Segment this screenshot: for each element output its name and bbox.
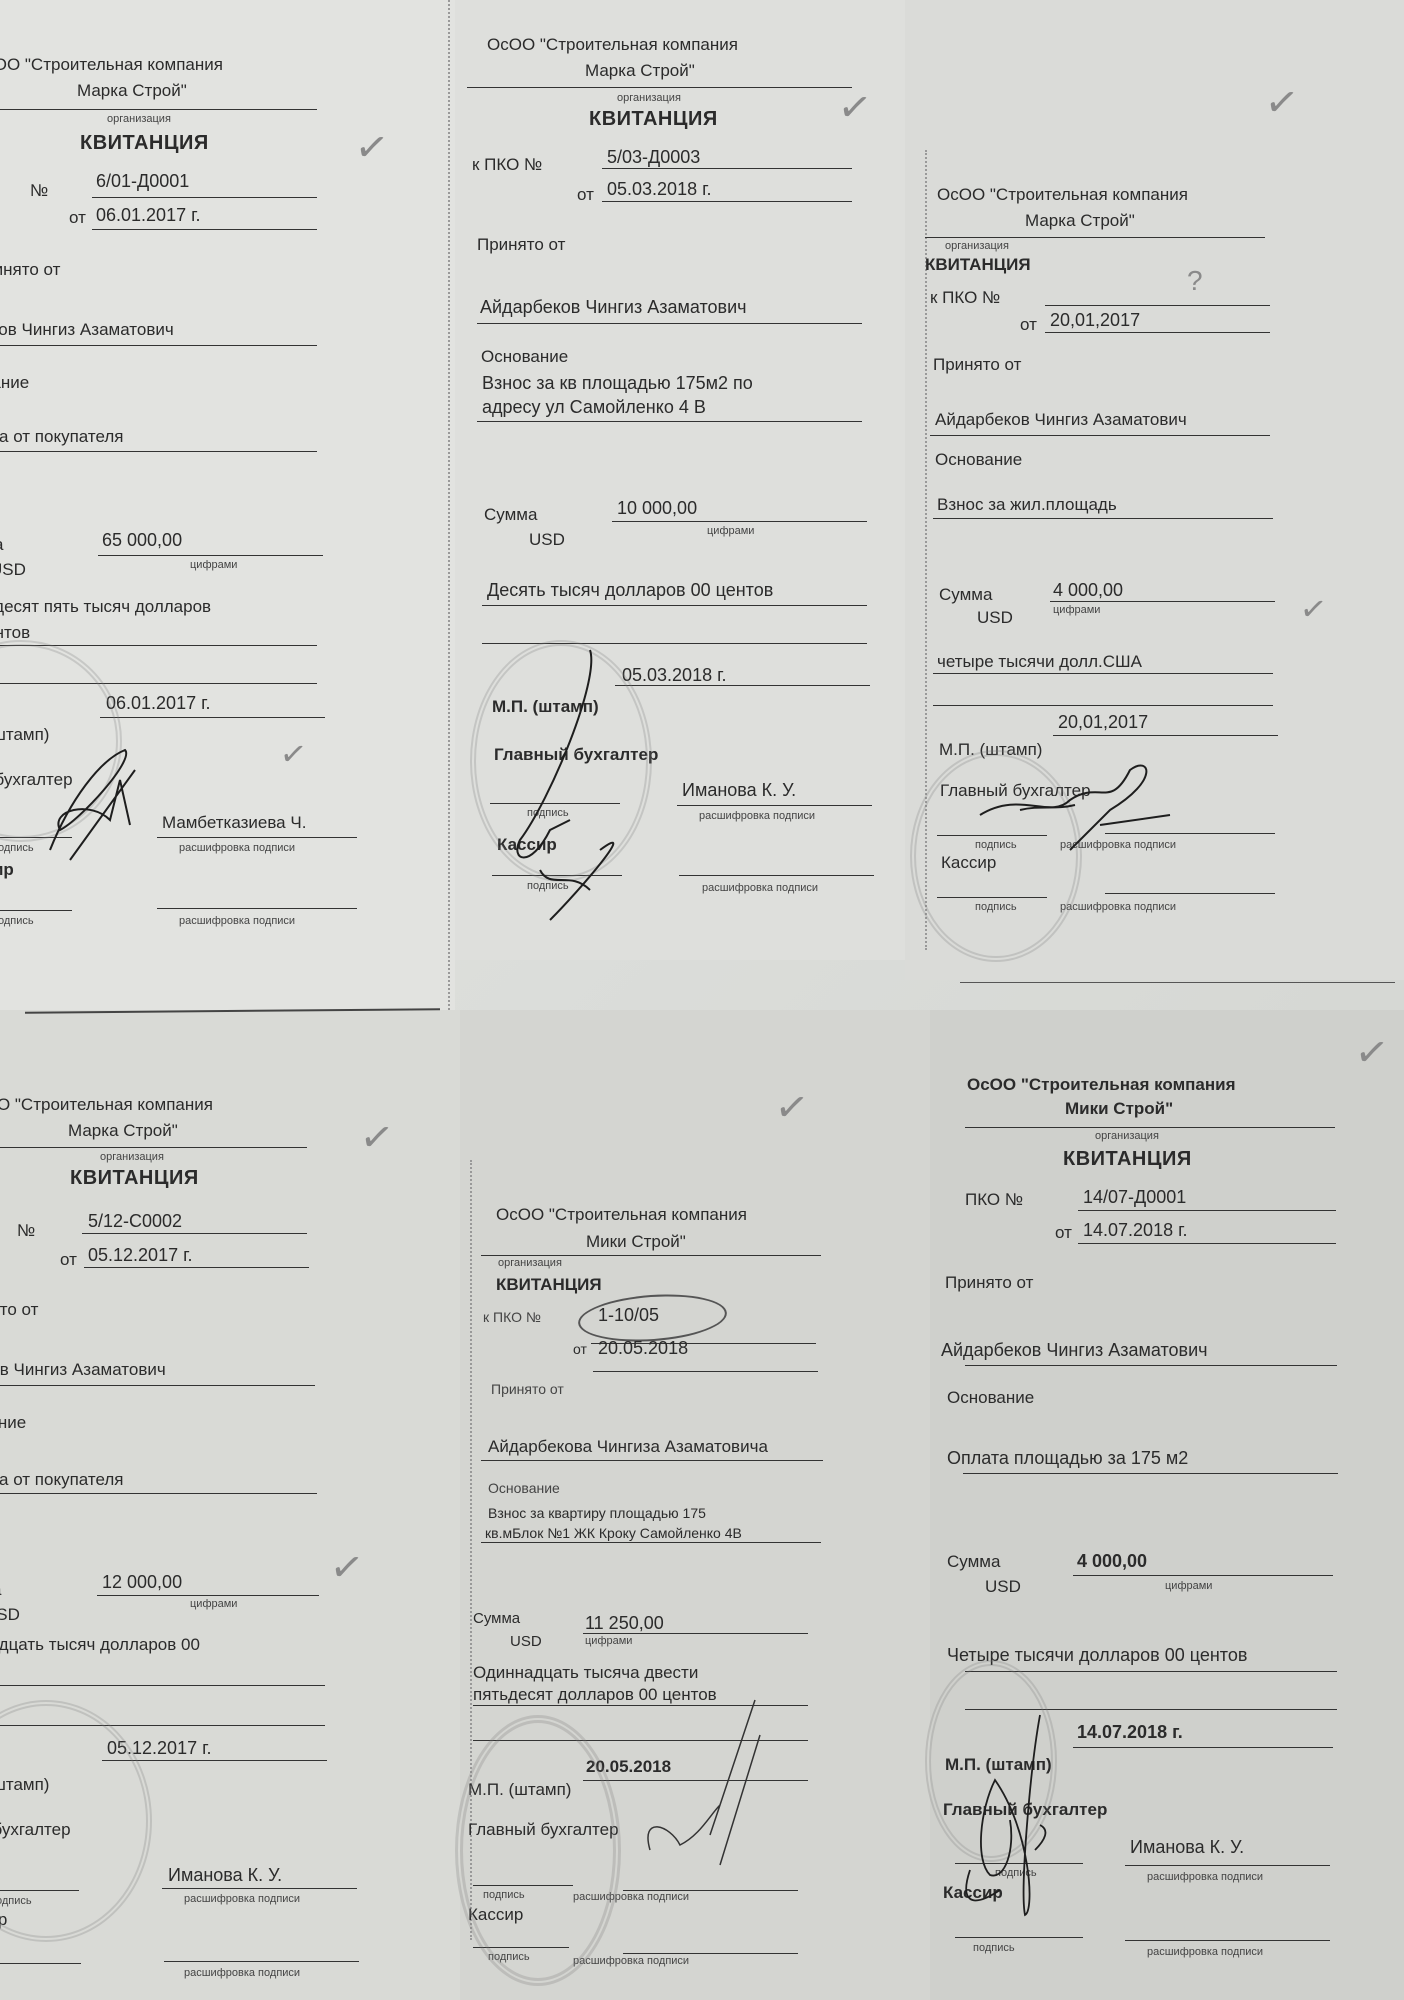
sum-label: Сумма bbox=[484, 505, 537, 525]
digits-caption: цифрами bbox=[190, 1598, 237, 1610]
underline bbox=[98, 555, 323, 556]
amount-digits: 4 000,00 bbox=[1077, 1551, 1147, 1572]
underline bbox=[930, 435, 1270, 436]
digits-caption: цифрами bbox=[1053, 604, 1100, 616]
decoding-caption: расшифровка подписи bbox=[184, 1893, 300, 1905]
org-name-line2: Марка Строй" bbox=[68, 1121, 178, 1141]
chief-accountant-name: Иманова К. У. bbox=[682, 780, 796, 801]
pko-number: 1-10/05 bbox=[598, 1305, 659, 1326]
underline bbox=[623, 1953, 798, 1954]
sign-date: 20,01,2017 bbox=[1058, 712, 1148, 733]
amount-digits: 11 250,00 bbox=[585, 1613, 664, 1634]
underline bbox=[965, 1127, 1335, 1128]
basis-label: Основание bbox=[935, 450, 1022, 470]
org-name-line1: ОсОО "Строительная компания bbox=[0, 55, 223, 75]
amount-words-line1: Двенадцать тысяч долларов 00 bbox=[0, 1635, 200, 1655]
receipt-title: КВИТАНЦИЯ bbox=[589, 108, 718, 131]
pko-number-label: к ПКО № bbox=[472, 155, 542, 175]
basis-label: Основание bbox=[0, 373, 29, 393]
underline bbox=[602, 201, 852, 202]
underline bbox=[593, 1371, 818, 1372]
amount-digits: 10 000,00 bbox=[617, 498, 697, 519]
receipt-title: КВИТАНЦИЯ bbox=[1063, 1148, 1192, 1171]
org-caption: организация bbox=[498, 1257, 562, 1269]
pko-number: 6/01-Д0001 bbox=[96, 171, 189, 192]
underline bbox=[157, 908, 357, 909]
signature-icon bbox=[960, 750, 1190, 860]
underline bbox=[0, 451, 317, 452]
underline bbox=[100, 717, 325, 718]
cashier-label: Кассир bbox=[0, 860, 14, 880]
date-label: от bbox=[1055, 1223, 1072, 1243]
basis-text: Оплата от покупателя bbox=[0, 427, 123, 447]
underline bbox=[1053, 735, 1278, 736]
signature-icon bbox=[490, 640, 650, 930]
amount-digits: 12 000,00 bbox=[102, 1572, 182, 1593]
check-mark-icon: ✓ bbox=[1262, 78, 1302, 128]
org-name-line1: ОсОО "Строительная компания bbox=[937, 185, 1188, 205]
underline bbox=[1078, 1210, 1336, 1211]
org-name-line2: Марка Строй" bbox=[585, 61, 695, 81]
payer-name: Айдарбеков Чингиз Азаматович bbox=[0, 320, 174, 340]
underline bbox=[1050, 601, 1275, 602]
sum-label: Сумма bbox=[939, 585, 992, 605]
underline bbox=[0, 910, 72, 911]
underline bbox=[97, 1595, 319, 1596]
pko-number-label: № bbox=[17, 1221, 35, 1241]
underline bbox=[477, 421, 862, 422]
pko-number-label: к ПКО № bbox=[930, 288, 1000, 308]
amount-words-line1: Шестьдесят пять тысяч долларов bbox=[0, 597, 211, 617]
digits-caption: цифрами bbox=[585, 1635, 632, 1647]
date-label: от bbox=[60, 1250, 77, 1270]
signature-caption: подпись bbox=[973, 1942, 1015, 1954]
org-caption: организация bbox=[617, 92, 681, 104]
decoding-caption: расшифровка подписи bbox=[179, 842, 295, 854]
underline bbox=[925, 237, 1265, 238]
underline bbox=[933, 705, 1273, 706]
check-mark-icon: ✓ bbox=[1297, 588, 1329, 629]
underline bbox=[164, 1961, 359, 1962]
org-name-line2: Мики Строй" bbox=[1065, 1099, 1173, 1119]
signature-caption: подпись bbox=[0, 842, 34, 854]
org-name-line1: ОсОО "Строительная компания bbox=[487, 35, 738, 55]
org-name-line1: ОсОО "Строительная компания bbox=[0, 1095, 213, 1115]
underline bbox=[1073, 1747, 1333, 1748]
check-mark-icon: ✓ bbox=[772, 1083, 812, 1133]
check-mark-icon: ✓ bbox=[1352, 1028, 1392, 1078]
org-name-line1: ОсОО "Строительная компания bbox=[967, 1075, 1236, 1095]
pko-number-label: ПКО № bbox=[965, 1190, 1023, 1210]
amount-words-line1: Одиннадцать тысяча двести bbox=[473, 1663, 698, 1683]
check-mark-icon: ✓ bbox=[835, 83, 875, 133]
decoding-caption: расшифровка подписи bbox=[702, 882, 818, 894]
received-from-label: Принято от bbox=[491, 1381, 564, 1397]
perforation-divider bbox=[448, 0, 450, 1010]
underline bbox=[477, 323, 862, 324]
underline bbox=[92, 229, 317, 230]
decoding-caption: расшифровка подписи bbox=[573, 1955, 689, 1967]
digits-caption: цифрами bbox=[1165, 1580, 1212, 1592]
amount-words-line1: Десять тысяч долларов 00 центов bbox=[487, 580, 773, 601]
basis-text-line2: кв.мБлок №1 ЖК Кроку Самойленко 4В bbox=[485, 1525, 742, 1541]
underline bbox=[677, 805, 872, 806]
underline bbox=[612, 521, 867, 522]
underline bbox=[481, 1255, 821, 1256]
underline bbox=[0, 1493, 317, 1494]
sign-date: 14.07.2018 г. bbox=[1077, 1722, 1183, 1743]
pko-number: 5/03-Д0003 bbox=[607, 147, 700, 168]
underline bbox=[157, 837, 357, 838]
pko-number: 14/07-Д0001 bbox=[1083, 1187, 1186, 1208]
decoding-caption: расшифровка подписи bbox=[179, 915, 295, 927]
underline bbox=[0, 345, 317, 346]
underline bbox=[0, 109, 317, 110]
received-from-label: Принято от bbox=[0, 260, 60, 280]
underline bbox=[679, 875, 874, 876]
receipt-date: 06.01.2017 г. bbox=[96, 205, 200, 226]
basis-label: Основание bbox=[488, 1480, 560, 1496]
signature-caption: подпись bbox=[0, 915, 34, 927]
currency-label: USD bbox=[0, 1605, 20, 1625]
receipt-title: КВИТАНЦИЯ bbox=[496, 1275, 602, 1295]
underline bbox=[162, 1888, 357, 1889]
received-from-label: Принято от bbox=[477, 235, 565, 255]
underline bbox=[1125, 1940, 1330, 1941]
org-name-line2: Мики Строй" bbox=[586, 1232, 686, 1252]
basis-text-line1: Взнос за квартиру площадью 175 bbox=[488, 1505, 706, 1521]
underline bbox=[955, 1937, 1083, 1938]
currency-label: USD bbox=[977, 608, 1013, 628]
payer-name: Айдарбеков Чингиз Азаматович bbox=[935, 410, 1187, 430]
basis-text: Оплата площадью за 175 м2 bbox=[947, 1448, 1188, 1469]
org-caption: организация bbox=[100, 1151, 164, 1163]
underline bbox=[482, 605, 867, 606]
underline bbox=[1073, 1575, 1333, 1576]
receipt-date: 14.07.2018 г. bbox=[1083, 1220, 1187, 1241]
seal-stamp-icon bbox=[455, 1715, 621, 1986]
received-from-label: Принято от bbox=[945, 1273, 1033, 1293]
sum-label: Сумма bbox=[0, 535, 3, 555]
date-label: от bbox=[1020, 315, 1037, 335]
currency-label: USD bbox=[510, 1633, 542, 1650]
pko-number: 5/12-С0002 bbox=[88, 1211, 182, 1232]
receipt-date: 20,01,2017 bbox=[1050, 310, 1140, 331]
amount-words-line1: четыре тысячи долл.США bbox=[937, 652, 1142, 672]
underline bbox=[92, 197, 317, 198]
org-name-line2: Марка Строй" bbox=[1025, 211, 1135, 231]
underline bbox=[615, 685, 870, 686]
currency-label: USD bbox=[529, 530, 565, 550]
check-mark-icon: ✓ bbox=[327, 1543, 367, 1593]
underline bbox=[84, 1267, 309, 1268]
date-label: от bbox=[577, 185, 594, 205]
underline bbox=[1125, 1865, 1330, 1866]
signature-icon bbox=[950, 1710, 1060, 1930]
underline bbox=[963, 1473, 1338, 1474]
sum-label: Сумма bbox=[473, 1610, 520, 1627]
underline bbox=[933, 673, 1273, 674]
org-caption: организация bbox=[1095, 1130, 1159, 1142]
sum-label: Сумма bbox=[0, 1580, 1, 1600]
decoding-caption: расшифровка подписи bbox=[699, 810, 815, 822]
signature-icon bbox=[640, 1695, 780, 1895]
digits-caption: цифрами bbox=[190, 559, 237, 571]
currency-label: USD bbox=[985, 1577, 1021, 1597]
date-label: от bbox=[69, 208, 86, 228]
receipt-title: КВИТАНЦИЯ bbox=[925, 255, 1031, 275]
underline bbox=[0, 1147, 307, 1148]
org-caption: организация bbox=[945, 240, 1009, 252]
org-name-line1: ОсОО "Строительная компания bbox=[496, 1205, 747, 1225]
payer-name: Айдарбекова Чингиза Азаматовича bbox=[488, 1437, 768, 1457]
underline bbox=[481, 1460, 823, 1461]
decoding-caption: расшифровка подписи bbox=[1147, 1871, 1263, 1883]
basis-text: Взнос за жил.площадь bbox=[937, 495, 1117, 515]
basis-text-line1: Взнос за кв площадью 175м2 по bbox=[482, 373, 753, 394]
payer-name: Айдарбеков Чингиз Азаматович bbox=[480, 297, 747, 318]
underline bbox=[467, 87, 852, 88]
basis-text: Оплата от покупателя bbox=[0, 1470, 123, 1490]
basis-label: Основание bbox=[0, 1413, 26, 1433]
underline bbox=[1045, 332, 1270, 333]
receipt-date: 05.12.2017 г. bbox=[88, 1245, 192, 1266]
underline bbox=[1045, 305, 1270, 306]
receipt-date: 05.03.2018 г. bbox=[607, 179, 711, 200]
underline bbox=[1078, 1243, 1336, 1244]
basis-label: Основание bbox=[481, 347, 568, 367]
receipt-title: КВИТАНЦИЯ bbox=[80, 132, 209, 155]
question-mark-icon: ? bbox=[1187, 265, 1203, 297]
underline bbox=[0, 1685, 325, 1686]
chief-accountant-name: Иманова К. У. bbox=[1130, 1837, 1244, 1858]
underline bbox=[933, 518, 1273, 519]
basis-label: Основание bbox=[947, 1388, 1034, 1408]
payer-name: Айдарбеков Чингиз Азаматович bbox=[0, 1360, 166, 1380]
amount-digits: 65 000,00 bbox=[102, 530, 182, 551]
received-from-label: Принято от bbox=[933, 355, 1021, 375]
cut-line bbox=[960, 982, 1395, 983]
underline bbox=[0, 1385, 315, 1386]
decoding-caption: расшифровка подписи bbox=[184, 1967, 300, 1979]
underline bbox=[0, 1963, 81, 1964]
receipt-title: КВИТАНЦИЯ bbox=[70, 1167, 199, 1190]
digits-caption: цифрами bbox=[707, 525, 754, 537]
org-name-line2: Марка Строй" bbox=[77, 81, 187, 101]
basis-text-line2: адресу ул Самойленко 4 В bbox=[482, 397, 706, 418]
underline bbox=[965, 1365, 1337, 1366]
underline bbox=[82, 1233, 307, 1234]
pko-number-label: к ПКО № bbox=[483, 1309, 541, 1325]
chief-accountant-name: Иманова К. У. bbox=[168, 1865, 282, 1886]
underline bbox=[602, 168, 852, 169]
receipt-date: 20.05.2018 bbox=[598, 1338, 688, 1359]
org-caption: организация bbox=[107, 113, 171, 125]
amount-digits: 4 000,00 bbox=[1053, 580, 1123, 601]
currency-label: USD bbox=[0, 560, 26, 580]
check-mark-icon: ✓ bbox=[277, 733, 309, 774]
check-mark-icon: ✓ bbox=[352, 123, 392, 173]
underline bbox=[1105, 893, 1275, 894]
underline bbox=[583, 1633, 808, 1634]
check-mark-icon: ✓ bbox=[357, 1113, 397, 1163]
sign-date: 06.01.2017 г. bbox=[106, 693, 210, 714]
date-label: от bbox=[573, 1341, 587, 1357]
payer-name: Айдарбеков Чингиз Азаматович bbox=[941, 1340, 1208, 1361]
chief-accountant-name: Мамбетказиева Ч. bbox=[162, 813, 306, 833]
decoding-caption: расшифровка подписи bbox=[1147, 1946, 1263, 1958]
underline bbox=[481, 1542, 821, 1543]
received-from-label: Принято от bbox=[0, 1300, 38, 1320]
pko-number-label: № bbox=[30, 181, 48, 201]
signature-icon bbox=[40, 740, 150, 870]
sum-label: Сумма bbox=[947, 1552, 1000, 1572]
decoding-caption: расшифровка подписи bbox=[1060, 901, 1176, 913]
